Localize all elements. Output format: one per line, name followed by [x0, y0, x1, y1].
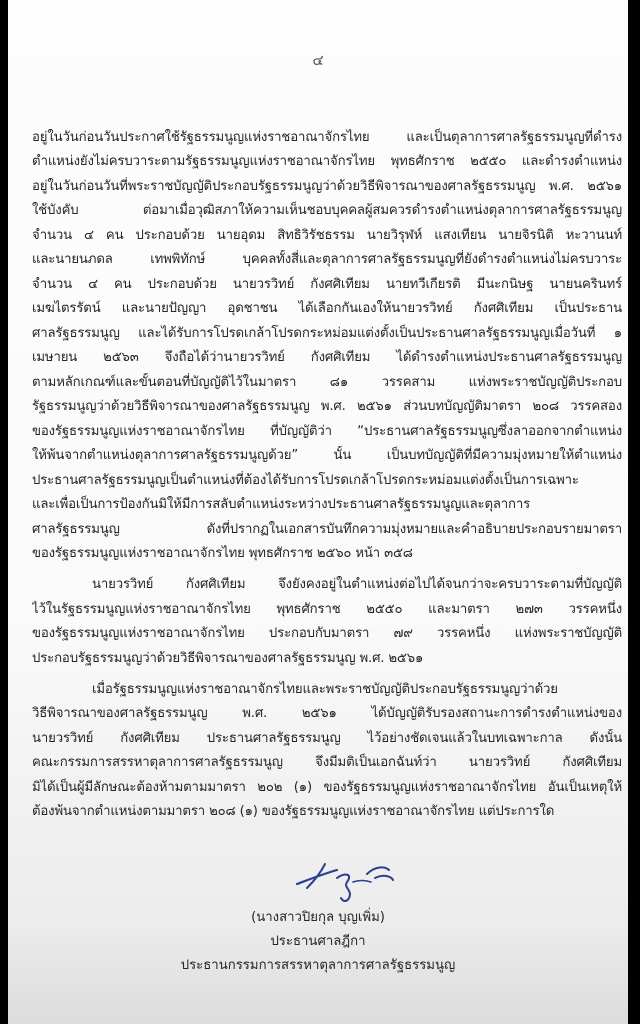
- body-line: ต้องพ้นจากตำแหน่งตามมาตรา ๒๐๘ (๑) ของรัฐ…: [32, 802, 622, 822]
- body-line: ประธานศาลรัฐธรรมนูญเป็นตำแหน่งที่ต้องได้…: [32, 471, 622, 491]
- body-line: อยู่ในวันก่อนวันประกาศใช้รัฐธรรมนูญแห่งร…: [32, 128, 622, 148]
- body-line: รัฐธรรมนูญว่าด้วยวิธีพิจารณาของศาลรัฐธรร…: [32, 397, 622, 417]
- body-line: เมื่อรัฐธรรมนูญแห่งราชอาณาจักรไทยและพระร…: [32, 680, 622, 700]
- page-number: ๔: [8, 48, 628, 72]
- body-line: ตำแหน่งยังไม่ครบวาระตามรัฐธรรมนูญแห่งราช…: [32, 152, 622, 172]
- body-line: ให้พ้นจากตำแหน่งตุลาการศาลรัฐธรรมนูญด้วย…: [32, 446, 622, 466]
- body-line: และนายนภดล เทพพิทักษ์ บุคคลทั้งสี่และตุล…: [32, 250, 622, 270]
- body-line: ศาลรัฐธรรมนูญ และได้รับการโปรดเกล้าโปรดก…: [32, 324, 622, 344]
- body-line: และเพื่อเป็นการป้องกันมิให้มีการสลับตำแห…: [32, 495, 622, 515]
- body-line: ประกอบรัฐธรรมนูญว่าด้วยวิธีพิจารณาของศาล…: [32, 649, 622, 669]
- body-line: ของรัฐธรรมนูญแห่งราชอาณาจักรไทย ที่บัญญั…: [32, 422, 622, 442]
- signer-name: (นางสาวปิยกุล บุญเพิ่ม): [8, 906, 628, 927]
- body-line: ของรัฐธรรมนูญแห่งราชอาณาจักรไทย ประกอบกั…: [32, 624, 622, 644]
- signature-icon: [293, 858, 403, 908]
- signer-title: ประธานศาลฎีกา: [8, 930, 628, 951]
- body-line: เมฆไตรรัตน์ และนายปัญญา อุดชาชน ได้เลือก…: [32, 299, 622, 319]
- body-line: มิได้เป็นผู้มีลักษณะต้องห้ามตามมาตรา ๒๐๒…: [32, 778, 622, 798]
- document-page: ๔ อยู่ในวันก่อนวันประกาศใช้รัฐธรรมนูญแห่…: [8, 0, 628, 1024]
- body-line: ของรัฐธรรมนูญแห่งราชอาณาจักรไทย พุทธศักร…: [32, 544, 622, 564]
- body-line: เมษายน ๒๕๖๓ จึงถือได้ว่านายวรวิทย์ กังศศ…: [32, 348, 622, 368]
- body-line: ตามหลักเกณฑ์และขั้นตอนที่บัญญัติไว้ในมาต…: [32, 373, 622, 393]
- signer-title-2: ประธานกรรมการสรรหาตุลาการศาลรัฐธรรมนูญ: [8, 954, 628, 975]
- body-line: นายวรวิทย์ กังศศิเทียม จึงยังคงอยู่ในตำแ…: [32, 575, 622, 595]
- body-line: คณะกรรมการสรรหาตุลาการศาลรัฐธรรมนูญ จึงม…: [32, 753, 622, 773]
- body-line: จำนวน ๔ คน ประกอบด้วย นายวรวิทย์ กังศศิเ…: [32, 275, 622, 295]
- body-line: ใช้บังคับ ต่อมาเมื่อวุฒิสภาให้ความเห็นชอ…: [32, 201, 622, 221]
- body-line: จำนวน ๔ คน ประกอบด้วย นายอุดม สิทธิวิรัช…: [32, 226, 622, 246]
- body-line: ศาลรัฐธรรมนูญ ดังที่ปรากฏในเอกสารบันทึกค…: [32, 520, 622, 540]
- body-line: นายวรวิทย์ กังศศิเทียม ประธานศาลรัฐธรรมน…: [32, 729, 622, 749]
- body-line: ไว้ในรัฐธรรมนูญแห่งราชอาณาจักรไทย พุทธศั…: [32, 600, 622, 620]
- body-line: อยู่ในวันก่อนวันที่พระราชบัญญัติประกอบรั…: [32, 177, 622, 197]
- body-line: วิธีพิจารณาของศาลรัฐธรรมนูญ พ.ศ. ๒๕๖๑ ได…: [32, 704, 622, 724]
